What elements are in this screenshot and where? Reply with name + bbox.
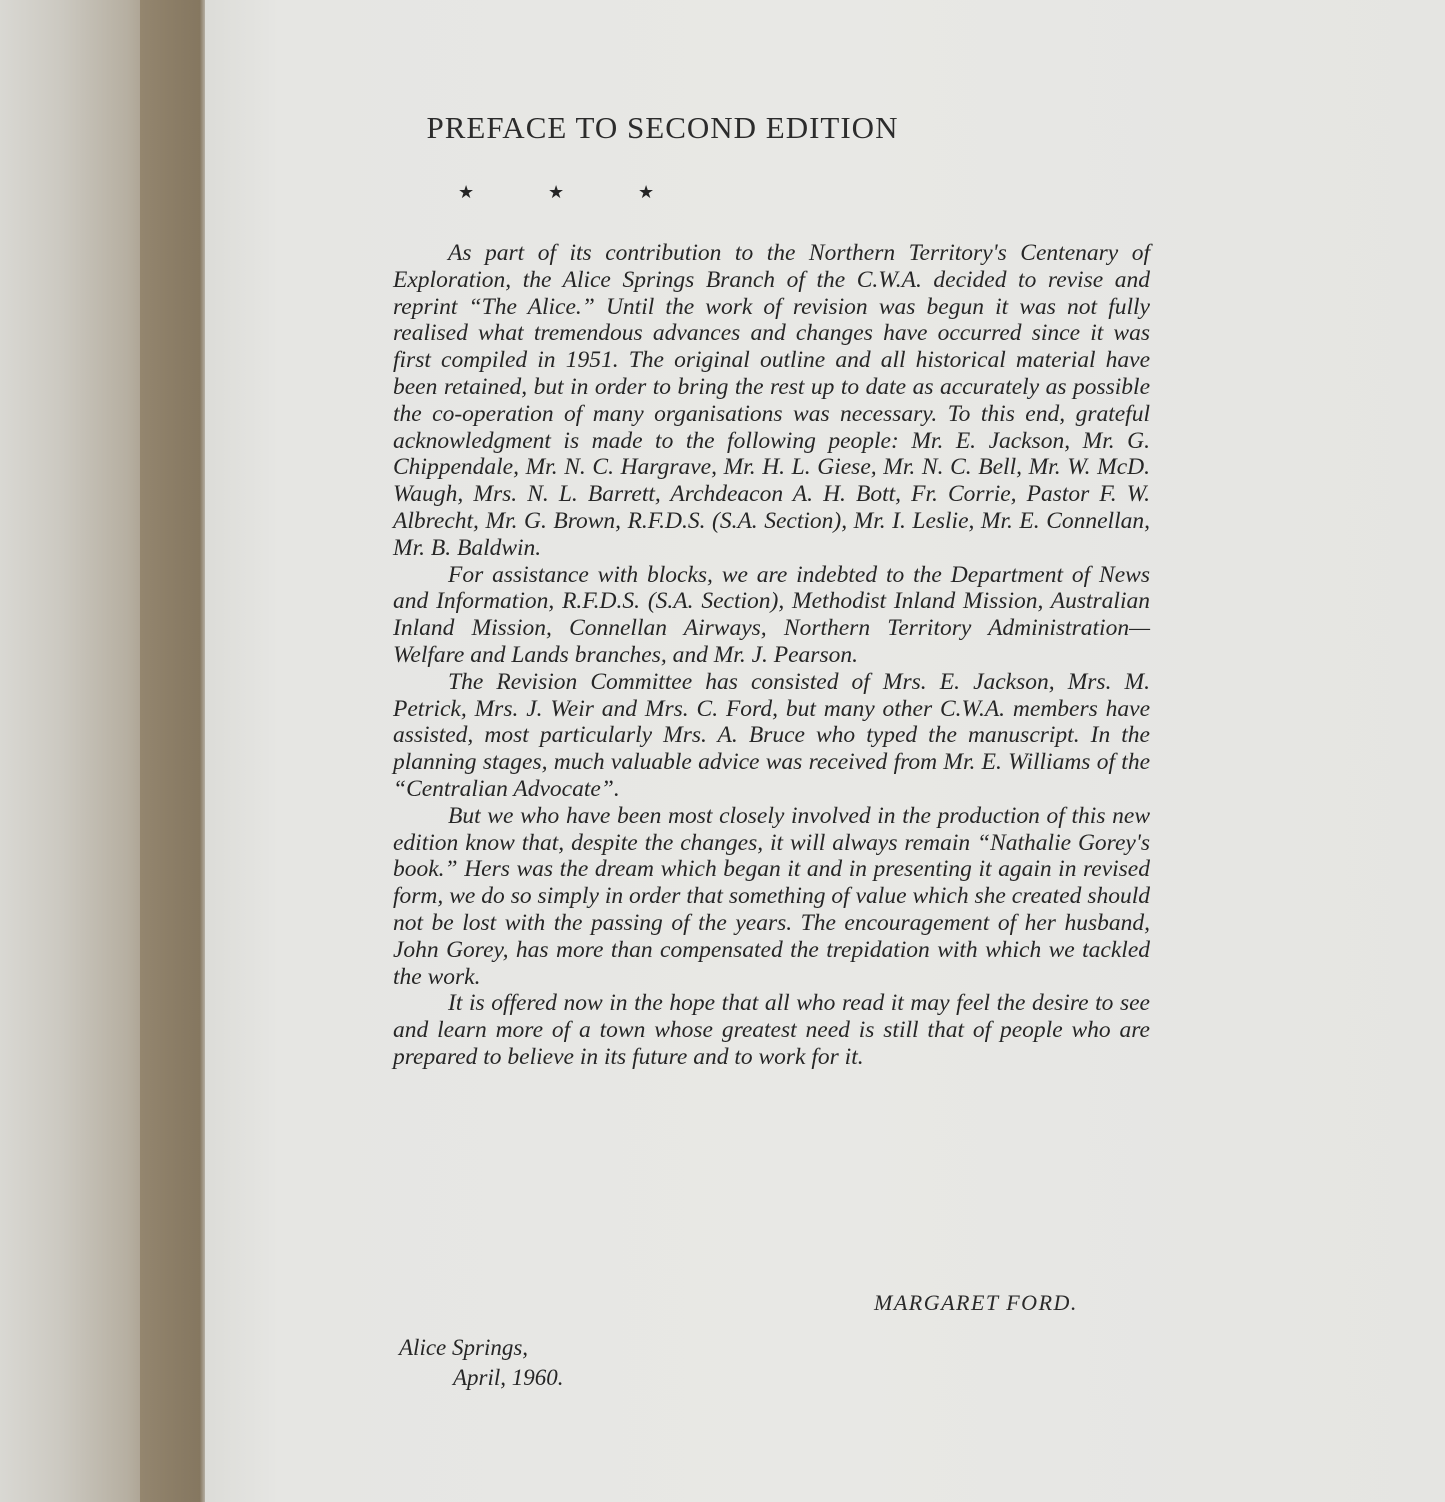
paragraph-committee: The Revision Committee has consisted of …: [393, 669, 1150, 803]
star-icon: ★: [548, 182, 638, 203]
paragraph-dedication: But we who have been most closely involv…: [393, 803, 1150, 991]
paragraph-acknowledgments: As part of its contribution to the North…: [393, 240, 1150, 562]
paragraph-blocks: For assistance with blocks, we are indeb…: [393, 562, 1150, 669]
previous-page-edge: [0, 0, 150, 1502]
page-title: PREFACE TO SECOND EDITION: [0, 110, 1445, 146]
place: Alice Springs,: [399, 1335, 528, 1360]
page-gutter-shadow: [140, 0, 208, 1502]
place-and-date: Alice Springs, April, 1960.: [399, 1333, 564, 1393]
date: April, 1960.: [399, 1363, 564, 1393]
ornament-stars: ★ ★ ★: [458, 182, 878, 203]
preface-body: As part of its contribution to the North…: [393, 240, 1150, 1071]
signature: MARGARET FORD.: [874, 1290, 1078, 1316]
paragraph-closing: It is offered now in the hope that all w…: [393, 990, 1150, 1070]
star-icon: ★: [638, 182, 728, 203]
star-icon: ★: [458, 182, 548, 203]
